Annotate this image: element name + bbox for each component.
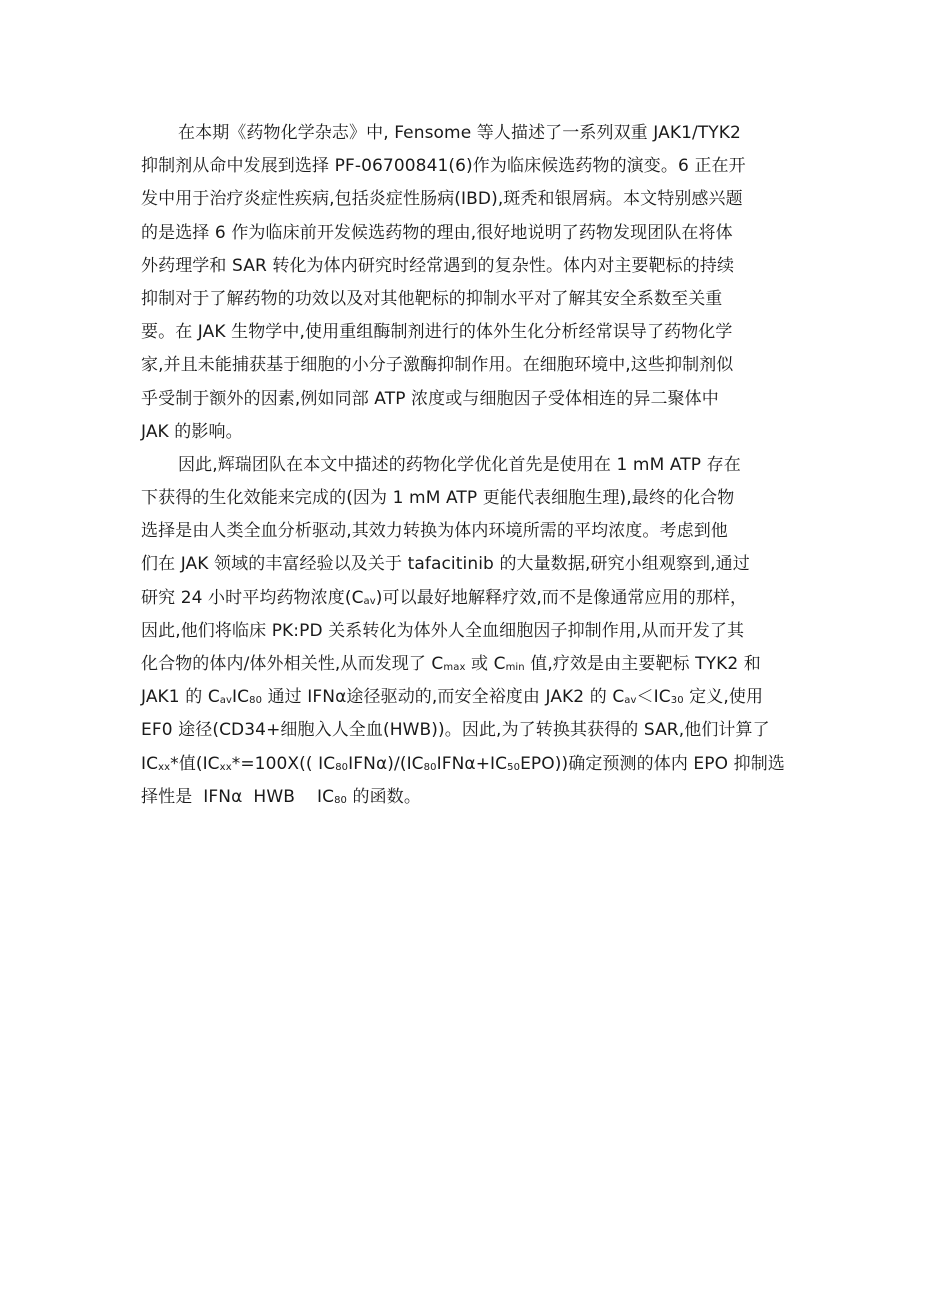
text-line: 选择是由人类全血分析驱动,其效力转换为体内环境所需的平均浓度。考虑到他 xyxy=(141,515,787,548)
text-line: 抑制剂从命中发展到选择 PF-06700841(6)作为临床候选药物的演变。6 … xyxy=(141,150,787,183)
subscript: 30 xyxy=(671,695,684,706)
subscript: av xyxy=(624,695,636,706)
text-line: 发中用于治疗炎症性疾病,包括炎症性肠病(IBD),斑秃和银屑病。本文特别感兴题 xyxy=(141,183,787,216)
text-line: 们在 JAK 领域的丰富经验以及关于 tafacitinib 的大量数据,研究小… xyxy=(141,548,787,581)
text-line: 因此,他们将临床 PK:PD 关系转化为体外人全血细胞因子抑制作用,从而开发了其 xyxy=(141,615,787,648)
text-line: 的是选择 6 作为临床前开发候选药物的理由,很好地说明了药物发现团队在将体 xyxy=(141,217,787,250)
text-line: 研究 24 小时平均药物浓度(Cav)可以最好地解释疗效,而不是像通常应用的那样… xyxy=(141,582,787,615)
text-run: 定义,使用 xyxy=(684,687,763,707)
text-run: IFNα)/(IC xyxy=(348,754,424,774)
text-line: JAK 的影响。 xyxy=(141,416,787,449)
subscript: xx xyxy=(220,762,232,773)
paragraph-2: 因此,辉瑞团队在本文中描述的药物化学优化首先是使用在 1 mM ATP 存在 下… xyxy=(141,449,787,814)
text-line: 要。在 JAK 生物学中,使用重组酶制剂进行的体外生化分析经常误导了药物化学 xyxy=(141,316,787,349)
text-run: *=100X(( IC xyxy=(232,754,336,774)
text-run: *值(IC xyxy=(170,754,220,774)
text-line: 在本期《药物化学杂志》中, Fensome 等人描述了一系列双重 JAK1/TY… xyxy=(141,117,787,150)
text-line: 外药理学和 SAR 转化为体内研究时经常遇到的复杂性。体内对主要靶标的持续 xyxy=(141,250,787,283)
text-run: JAK1 的 C xyxy=(141,687,220,707)
text-line: JAK1 的 CavIC80 通过 IFNα途径驱动的,而安全裕度由 JAK2 … xyxy=(141,681,787,714)
text-line: 下获得的生化效能来完成的(因为 1 mM ATP 更能代表细胞生理),最终的化合… xyxy=(141,482,787,515)
text-run: IC xyxy=(141,754,158,774)
text-line: 择性是 IFNα HWB IC80 的函数。 xyxy=(141,781,787,814)
text-line: 乎受制于额外的因素,例如同部 ATP 浓度或与细胞因子受体相连的异二聚体中 xyxy=(141,383,787,416)
text-run: 通过 IFNα途径驱动的,而安全裕度由 JAK2 的 C xyxy=(262,687,624,707)
subscript: 50 xyxy=(507,762,520,773)
document-page: 在本期《药物化学杂志》中, Fensome 等人描述了一系列双重 JAK1/TY… xyxy=(0,0,926,1309)
paragraph-1: 在本期《药物化学杂志》中, Fensome 等人描述了一系列双重 JAK1/TY… xyxy=(141,117,787,449)
subscript: xx xyxy=(158,762,170,773)
text-run: 值,疗效是由主要靶标 TYK2 和 xyxy=(525,654,761,674)
text-run: 或 C xyxy=(466,654,506,674)
text-line: 抑制对于了解药物的功效以及对其他靶标的抑制水平对了解其安全系数至关重 xyxy=(141,283,787,316)
subscript: 80 xyxy=(334,795,347,806)
subscript: av xyxy=(220,695,232,706)
text-line: 家,并且未能捕获基于细胞的小分子激酶抑制作用。在细胞环境中,这些抑制剂似 xyxy=(141,349,787,382)
text-line: 因此,辉瑞团队在本文中描述的药物化学优化首先是使用在 1 mM ATP 存在 xyxy=(141,449,787,482)
subscript: 80 xyxy=(424,762,437,773)
text-run: EPO))确定预测的体内 EPO 抑制选 xyxy=(520,754,785,774)
text-run: 研究 24 小时平均药物浓度(C xyxy=(141,588,364,608)
subscript: 80 xyxy=(335,762,348,773)
subscript: min xyxy=(506,662,525,673)
text-run: IC xyxy=(232,687,249,707)
text-run: IFNα+IC xyxy=(437,754,508,774)
text-run: ＜IC xyxy=(637,687,671,707)
subscript: 80 xyxy=(249,695,262,706)
subscript: av xyxy=(364,596,376,607)
text-run: )可以最好地解释疗效,而不是像通常应用的那样， xyxy=(376,588,747,608)
text-line: 化合物的体内/体外相关性,从而发现了 Cmax 或 Cmin 值,疗效是由主要靶… xyxy=(141,648,787,681)
subscript: max xyxy=(443,662,465,673)
text-run: 的函数。 xyxy=(347,787,421,807)
text-line: ICxx*值(ICxx*=100X(( IC80IFNα)/(IC80IFNα+… xyxy=(141,748,787,781)
text-run: 化合物的体内/体外相关性,从而发现了 C xyxy=(141,654,443,674)
article-body: 在本期《药物化学杂志》中, Fensome 等人描述了一系列双重 JAK1/TY… xyxy=(141,117,787,814)
text-run: 择性是 IFNα HWB IC xyxy=(141,787,334,807)
text-line: EF0 途径(CD34+细胞入人全血(HWB))。因此,为了转换其获得的 SAR… xyxy=(141,714,787,747)
